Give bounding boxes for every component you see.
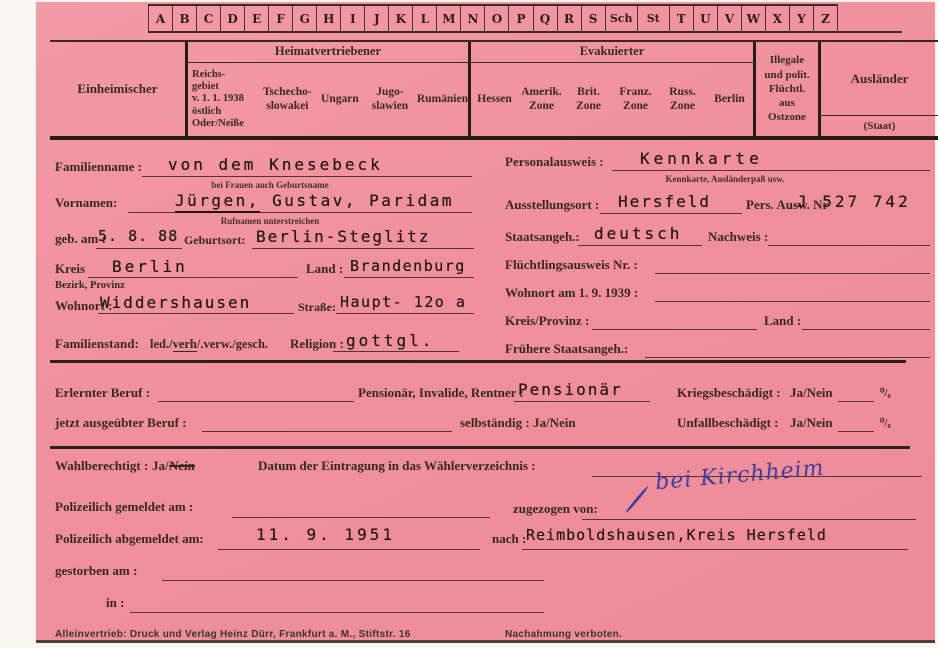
underline bbox=[655, 301, 930, 302]
subcolumn-russ-zone: Russ. Zone bbox=[659, 86, 706, 114]
staatsangeh-label: Staatsangeh.: bbox=[505, 230, 580, 245]
rentner-value: Pensionär bbox=[518, 382, 623, 398]
options-rest: /.verw./gesch. bbox=[197, 337, 268, 351]
personalausweis-value: Kennkarte bbox=[640, 151, 763, 167]
wohnort-value: Widdershausen bbox=[100, 295, 251, 311]
gemeldet-label: Polizeilich gemeldet am : bbox=[55, 500, 193, 515]
alphabet-tab: Q bbox=[533, 6, 557, 31]
fruehere-staatsangeh-label: Frühere Staatsangeh.: bbox=[505, 342, 628, 357]
fluechtlingsausweis-label: Flüchtlingsausweis Nr. : bbox=[505, 258, 638, 273]
underline bbox=[336, 313, 474, 314]
familienname-value: von dem Knesebeck bbox=[168, 157, 383, 173]
column-auslaender: Ausländer (Staat) bbox=[818, 42, 938, 136]
underline bbox=[142, 176, 472, 177]
strasse-value: Haupt- 12o a bbox=[340, 295, 466, 310]
kreis-provinz-label: Kreis/Provinz : bbox=[505, 314, 589, 329]
geburtsort-label: Geburtsort: bbox=[184, 234, 245, 248]
geburtsort-value: Berlin-Steglitz bbox=[256, 229, 431, 245]
alphabet-tab: J bbox=[364, 6, 388, 31]
underline bbox=[252, 248, 474, 249]
datum-eintragung-label: Datum der Eintragung in das Wählerverzei… bbox=[258, 459, 536, 474]
heimatvertriebener-title: Heimatvertriebener bbox=[188, 42, 468, 63]
underline bbox=[838, 401, 874, 402]
underline bbox=[88, 277, 298, 278]
underline bbox=[98, 313, 294, 314]
underline bbox=[522, 549, 908, 550]
strasse-label: Straße: bbox=[298, 301, 336, 315]
subcolumn-brit-zone: Brit. Zone bbox=[565, 86, 612, 114]
nachweis-label: Nachweis : bbox=[708, 230, 768, 245]
alphabet-tab-st: St bbox=[637, 6, 669, 31]
erlernter-beruf-label: Erlernter Beruf : bbox=[55, 386, 150, 401]
alphabet-tab: V bbox=[717, 6, 741, 31]
ausstellungsort-value: Hersfeld bbox=[618, 194, 711, 210]
scanned-registration-card: A B C D E F G H I J K L M N O P Q R S Sc… bbox=[0, 0, 938, 648]
pers-ausw-nr-value: J 527 742 bbox=[797, 194, 911, 210]
familienname-hint: bei Frauen auch Geburtsname bbox=[150, 180, 390, 190]
alphabet-tab: O bbox=[484, 6, 508, 31]
geb-am-value: 5. 8. 88 bbox=[98, 229, 178, 244]
religion-value: gottgl. bbox=[346, 333, 434, 349]
underline bbox=[344, 277, 474, 278]
alphabet-tab: I bbox=[340, 6, 364, 31]
alphabet-tab: R bbox=[557, 6, 581, 31]
section-divider bbox=[50, 360, 906, 363]
wohnort-1939-label: Wohnort am 1. 9. 1939 : bbox=[505, 286, 638, 301]
alphabet-tab: U bbox=[693, 6, 717, 31]
underline bbox=[333, 351, 459, 352]
underline bbox=[130, 612, 544, 613]
familienstand-label: Familienstand: bbox=[55, 337, 139, 352]
staatsangeh-value: deutsch bbox=[594, 226, 682, 242]
subcolumn-ungarn: Ungarn bbox=[317, 93, 363, 107]
underline bbox=[612, 170, 930, 171]
vornamen-label: Vornamen: bbox=[55, 196, 117, 211]
column-group-heimatvertriebener: Heimatvertriebener Reichs- gebiet v. 1. … bbox=[185, 42, 468, 136]
ausstellungsort-label: Ausstellungsort : bbox=[505, 198, 599, 213]
jetzt-beruf-label: jetzt ausgeübter Beruf : bbox=[55, 416, 187, 431]
strip-extension-line bbox=[838, 31, 902, 33]
alphabet-tab: B bbox=[172, 6, 196, 31]
underline bbox=[655, 273, 930, 274]
unfallbeschaedigt-options: Ja/Nein bbox=[790, 416, 833, 431]
subcolumn-franz-zone: Franz. Zone bbox=[612, 86, 659, 114]
selbstaendig-label: selbständig : Ja/Nein bbox=[460, 416, 576, 431]
familienname-label: Familienname : bbox=[55, 160, 142, 175]
alphabet-tab: T bbox=[669, 6, 693, 31]
subcolumn-tschechoslowakei: Tschecho- slowakei bbox=[258, 86, 317, 114]
auslaender-title: Ausländer bbox=[821, 42, 938, 116]
rentner-label: Pensionär, Invalide, Rentner : bbox=[358, 386, 524, 401]
abgemeldet-value: 11. 9. 1951 bbox=[256, 527, 395, 543]
alphabet-tab: F bbox=[268, 6, 292, 31]
column-einheimischer: Einheimischer bbox=[50, 42, 185, 136]
wahlberechtigt-label: Wahlberechtigt : bbox=[55, 459, 148, 474]
subcolumn-amerik-zone: Amerik. Zone bbox=[518, 86, 565, 114]
alphabet-tab: N bbox=[460, 6, 484, 31]
underline bbox=[578, 245, 702, 246]
underline bbox=[768, 245, 930, 246]
alphabet-index-strip: A B C D E F G H I J K L M N O P Q R S Sc… bbox=[148, 4, 838, 33]
alphabet-tab: E bbox=[244, 6, 268, 31]
underline bbox=[162, 580, 544, 581]
vornamen-value: Jürgen, Gustav, Paridam bbox=[175, 193, 454, 209]
copy-warning: Nachahmung verboten. bbox=[505, 629, 622, 640]
underline bbox=[232, 517, 490, 518]
alphabet-tab: Y bbox=[789, 6, 813, 31]
alphabet-tab: S bbox=[581, 6, 605, 31]
subcolumn-reichsgebiet: Reichs- gebiet v. 1. 1. 1938 östlich Ode… bbox=[188, 69, 258, 129]
religion-label: Religion : bbox=[290, 337, 344, 352]
gestorben-label: gestorben am : bbox=[55, 564, 137, 579]
underline bbox=[592, 329, 757, 330]
underline bbox=[645, 357, 930, 358]
alphabet-tab: X bbox=[765, 6, 789, 31]
subcolumn-berlin: Berlin bbox=[706, 93, 753, 107]
kriegsbeschaedigt-options: Ja/Nein bbox=[790, 386, 833, 401]
kreis-label: Kreis bbox=[55, 262, 85, 277]
alphabet-tab: C bbox=[196, 6, 220, 31]
underline bbox=[202, 431, 452, 432]
land-label: Land : bbox=[306, 262, 343, 277]
alphabet-tab: D bbox=[220, 6, 244, 31]
printer-imprint: Alleinvertrieb: Druck und Verlag Heinz D… bbox=[55, 629, 411, 640]
personalausweis-hint: Kennkarte, Ausländerpaß usw. bbox=[620, 174, 830, 184]
nach-label: nach : bbox=[492, 532, 526, 547]
wahlberechtigt-nein-struck: Nein bbox=[168, 459, 196, 474]
underline bbox=[218, 549, 480, 550]
underline bbox=[582, 519, 916, 520]
bezirk-provinz-sublabel: Bezirk, Provinz bbox=[55, 280, 125, 292]
unfallbeschaedigt-percent: ⁰/₀ bbox=[880, 417, 891, 430]
nach-value: Reimboldshausen,Kreis Hersfeld bbox=[526, 528, 827, 543]
wahlberechtigt-value: Ja/Nein bbox=[152, 459, 195, 474]
vornamen-hint: Rufnamen unterstreichen bbox=[150, 216, 390, 226]
unfallbeschaedigt-label: Unfallbeschädigt : bbox=[677, 416, 778, 431]
section-divider bbox=[50, 446, 910, 449]
kriegsbeschaedigt-percent: ⁰/₀ bbox=[880, 387, 891, 400]
rufname-underlined: Jürgen, bbox=[175, 191, 260, 213]
wahlberechtigt-ja: Ja bbox=[152, 458, 165, 473]
alphabet-tab: A bbox=[148, 6, 172, 31]
alphabet-tab: M bbox=[436, 6, 460, 31]
subcolumn-hessen: Hessen bbox=[471, 93, 518, 107]
in-label: in : bbox=[106, 596, 124, 611]
underline bbox=[514, 401, 650, 402]
auslaender-staat-label: (Staat) bbox=[821, 116, 938, 136]
kriegsbeschaedigt-label: Kriegsbeschädigt : bbox=[677, 386, 781, 401]
underline bbox=[600, 213, 742, 214]
evakuierter-title: Evakuierter bbox=[471, 42, 753, 63]
subcolumn-rumaenien: Rumänien bbox=[417, 93, 468, 107]
alphabet-tab: H bbox=[316, 6, 340, 31]
option-verh-marked: verh bbox=[173, 337, 197, 352]
underline bbox=[96, 248, 182, 249]
kreis-value: Berlin bbox=[112, 259, 188, 275]
alphabet-tab: L bbox=[412, 6, 436, 31]
underline bbox=[802, 329, 930, 330]
alphabet-tab: W bbox=[741, 6, 765, 31]
land2-label: Land : bbox=[764, 314, 801, 329]
alphabet-tab: K bbox=[388, 6, 412, 31]
underline bbox=[158, 401, 354, 402]
column-group-evakuierter: Evakuierter Hessen Amerik. Zone Brit. Zo… bbox=[468, 42, 753, 136]
land-value: Brandenburg bbox=[350, 259, 466, 274]
zugezogen-label: zugezogen von: bbox=[513, 502, 598, 517]
subcolumn-jugoslawien: Jugo- slawien bbox=[363, 86, 417, 114]
alphabet-tab-sch: Sch bbox=[605, 6, 637, 31]
vornamen-rest: Gustav, Paridam bbox=[260, 191, 454, 210]
underline bbox=[838, 431, 874, 432]
category-header-table: Einheimischer Heimatvertriebener Reichs-… bbox=[50, 40, 938, 140]
alphabet-tab: P bbox=[508, 6, 532, 31]
option-led: led./ bbox=[150, 337, 173, 351]
alphabet-tab: G bbox=[292, 6, 316, 31]
abgemeldet-label: Polizeilich abgemeldet am: bbox=[55, 532, 204, 547]
personalausweis-label: Personalausweis : bbox=[505, 155, 604, 170]
familienstand-options: led./verh/.verw./gesch. bbox=[150, 337, 268, 351]
alphabet-tab: Z bbox=[813, 6, 838, 31]
column-illegale-fluechtlinge: Illegale und polit. Flüchtl. aus Ostzone bbox=[753, 42, 818, 136]
